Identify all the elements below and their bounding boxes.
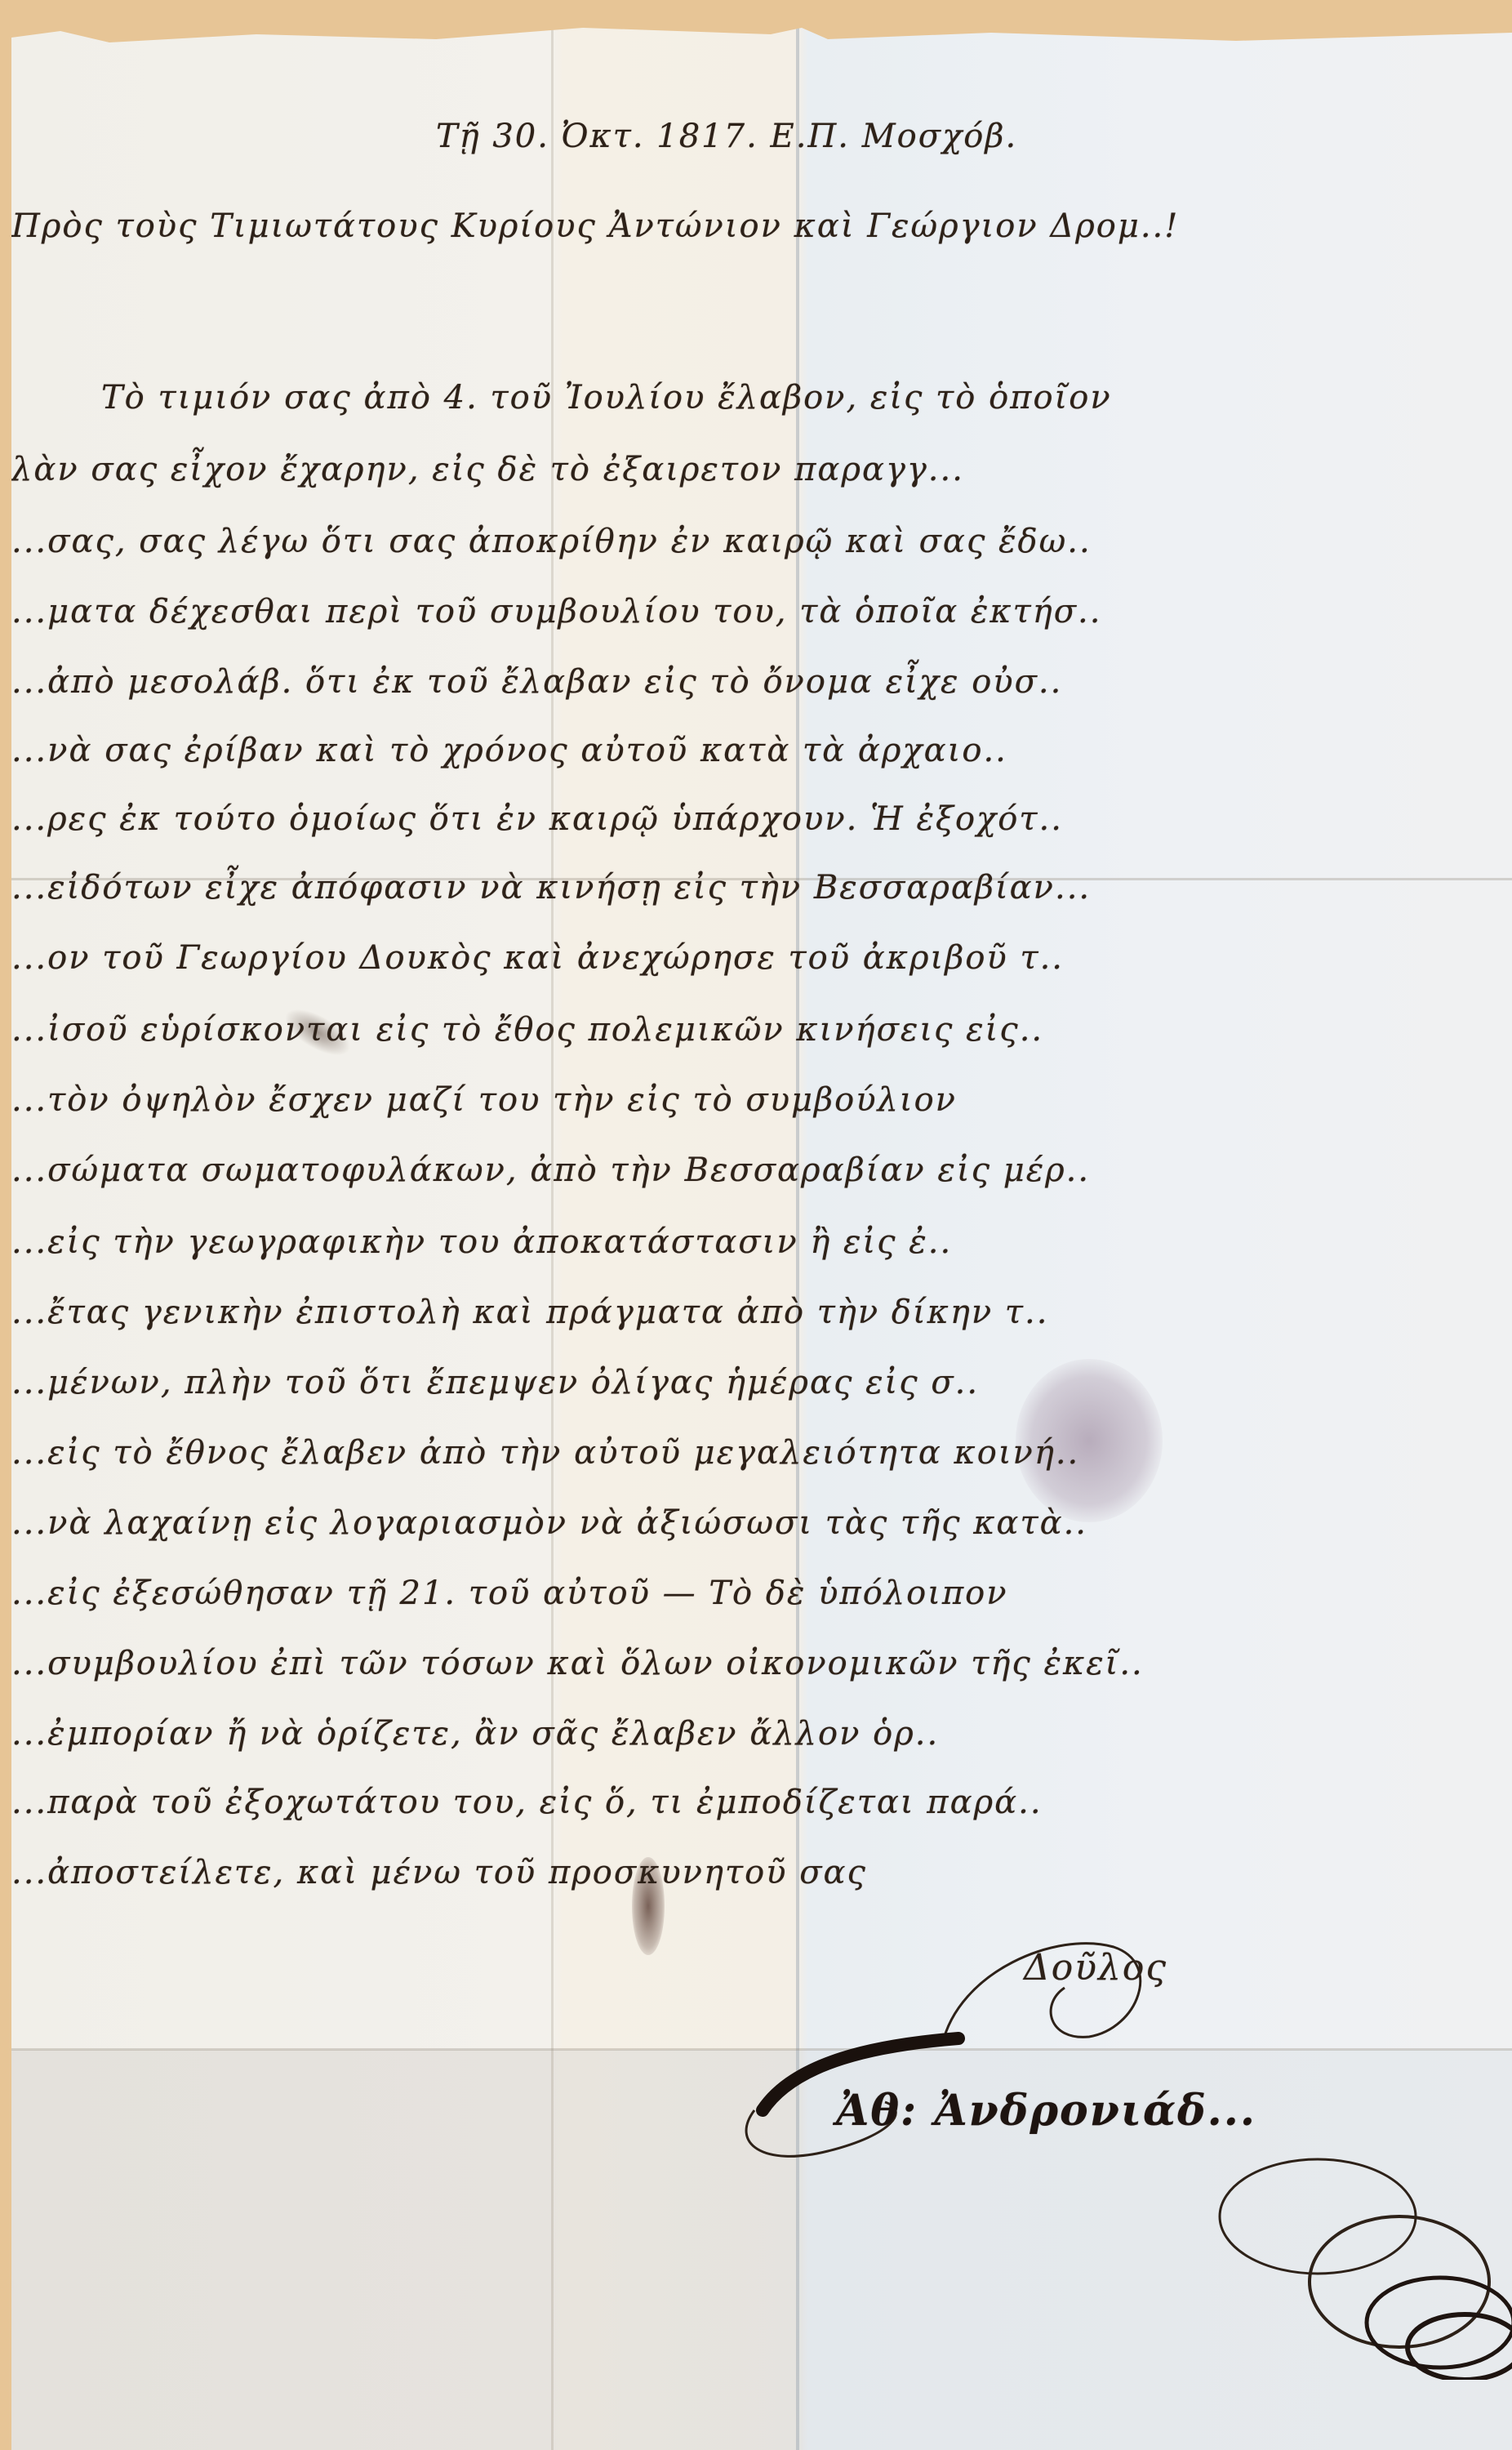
body-line: ...εἰς ἐξεσώθησαν τῇ 21. τοῦ αὐτοῦ — Τὸ …	[11, 1575, 1008, 1612]
body-line: ...συμβουλίου ἐπὶ τῶν τόσων καὶ ὅλων οἰκ…	[11, 1645, 1144, 1682]
letter-paper: Τῇ 30. Ὀκτ. 1817. Ε.Π. Μοσχόβ. Πρὸς τοὺς…	[11, 28, 1512, 2450]
body-line: ...νὰ σας ἐρίβαν καὶ τὸ χρόνος αὐτοῦ κατ…	[11, 732, 1007, 769]
body-line: ...εἰς τὸ ἔθνος ἔλαβεν ἀπὸ τὴν αὐτοῦ μεγ…	[11, 1434, 1079, 1472]
body-line: ...μένων, πλὴν τοῦ ὅτι ἔπεμψεν ὀλίγας ἡμ…	[11, 1364, 979, 1401]
body-line: ...ἐμπορίαν ἤ νὰ ὁρίζετε, ἂν σᾶς ἔλαβεν …	[11, 1715, 939, 1753]
body-line: ...εἰς τὴν γεωγραφικὴν του ἀποκατάστασιν…	[11, 1223, 952, 1261]
body-line: ...ἔτας γενικὴν ἐπιστολὴ καὶ πράγματα ἀπ…	[11, 1294, 1048, 1331]
body-line: ...παρὰ τοῦ ἐξοχωτάτου του, εἰς ὅ, τι ἐμ…	[11, 1784, 1043, 1821]
body-line: ...ρες ἐκ τούτο ὁμοίως ὅτι ἐν καιρῷ ὑπάρ…	[11, 800, 1063, 838]
body-line: ...τὸν ὀψηλὸν ἔσχεν μαζί του τὴν εἰς τὸ …	[11, 1081, 957, 1119]
date-line: Τῇ 30. Ὀκτ. 1817. Ε.Π. Μοσχόβ.	[436, 118, 1017, 155]
body-line: λὰν σας εἶχον ἔχαρην, εἰς δὲ τὸ ἐξαιρετο…	[11, 451, 964, 488]
body-line: ...ἀποστείλετε, καὶ μένω τοῦ προσκυνητοῦ…	[11, 1854, 867, 1891]
closing-flourish	[926, 1922, 1269, 2053]
body-line: ...σας, σας λέγω ὅτι σας ἀποκρίθην ἐν κα…	[11, 523, 1092, 560]
body-line: ...ἰσοῦ εὑρίσκονται εἰς τὸ ἔθος πολεμικῶ…	[11, 1011, 1043, 1049]
body-line: ...νὰ λαχαίνῃ εἰς λογαριασμὸν νὰ ἀξιώσωσ…	[11, 1504, 1087, 1542]
body-line: Τὸ τιμιόν σας ἀπὸ 4. τοῦ Ἰουλίου ἔλαβον,…	[101, 379, 1112, 416]
body-line: ...ον τοῦ Γεωργίου Δουκὸς καὶ ἀνεχώρησε …	[11, 939, 1064, 977]
salutation: Πρὸς τοὺς Τιμιωτάτους Κυρίους Ἀντώνιον κ…	[11, 207, 1179, 245]
body-line: ...ματα δέχεσθαι περὶ τοῦ συμβουλίου του…	[11, 593, 1101, 630]
body-line: ...ἀπὸ μεσολάβ. ὅτι ἐκ τοῦ ἔλαβαν εἰς τὸ…	[11, 663, 1062, 701]
body-line: ...εἰδότων εἶχε ἀπόφασιν νὰ κινήσῃ εἰς τ…	[11, 869, 1091, 906]
signature-flourish	[1171, 2118, 1512, 2380]
body-line: ...σώματα σωματοφυλάκων, ἀπὸ τὴν Βεσσαρα…	[11, 1151, 1090, 1189]
